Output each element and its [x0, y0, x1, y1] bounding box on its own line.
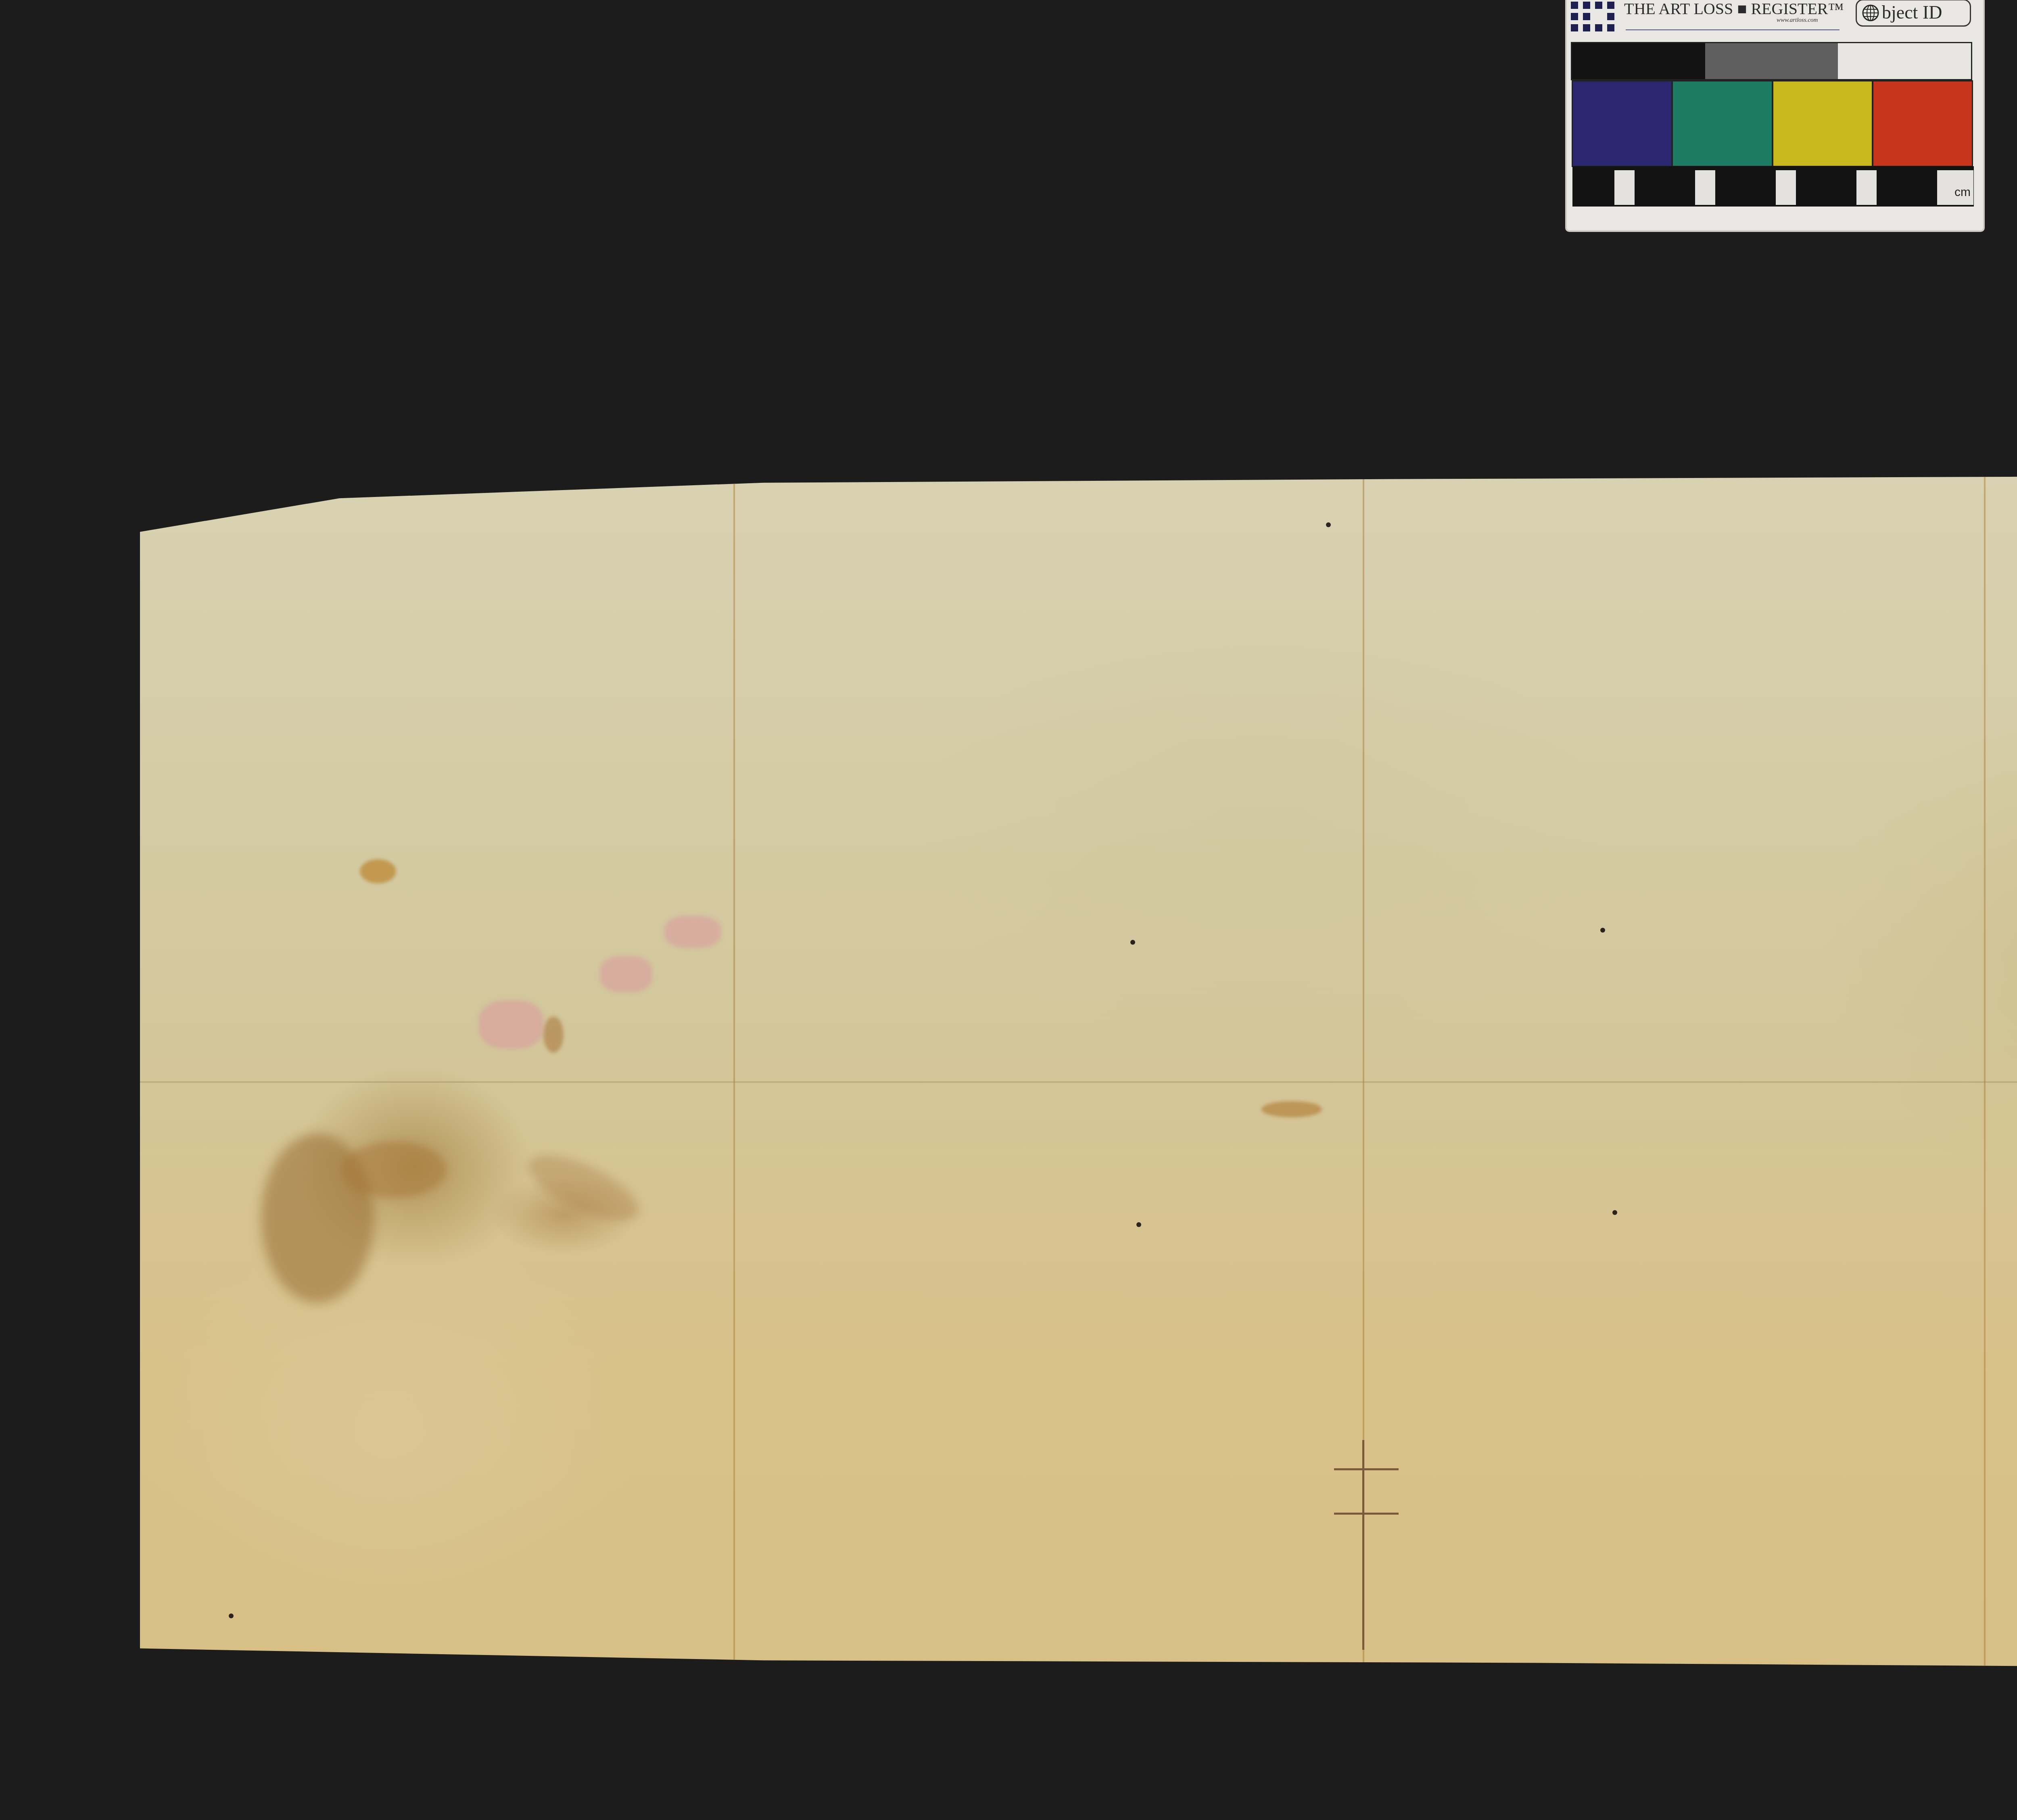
cross-mark: [1334, 1468, 1399, 1470]
fold-line: [1984, 472, 1986, 1670]
ink-dot: [1130, 940, 1135, 945]
object-id-badge: bject ID: [1856, 0, 1971, 27]
ink-dot: [1612, 1210, 1617, 1215]
brown-spot: [360, 859, 396, 883]
cross-mark: [1362, 1440, 1364, 1650]
card-url: www.artloss.com: [1777, 17, 1818, 24]
card-brand: THE ART LOSS ■ REGISTER™: [1624, 0, 1844, 18]
card-divider: [1626, 29, 1840, 30]
cross-mark: [1334, 1513, 1399, 1515]
ink-dot: [1326, 522, 1331, 527]
red-patch: [1873, 81, 1972, 166]
white-patch: [1838, 43, 1971, 79]
pink-mark: [600, 956, 652, 992]
grayscale-patches: [1571, 42, 1972, 80]
ink-dot: [1600, 928, 1605, 933]
ink-dot: [229, 1613, 234, 1618]
ink-dot: [1136, 1222, 1141, 1227]
black-patch: [1572, 43, 1705, 79]
calibration-card: THE ART LOSS ■ REGISTER™ www.artloss.com…: [1565, 0, 1985, 232]
brown-spot: [543, 1016, 564, 1053]
brown-spot: [1261, 1101, 1322, 1117]
art-loss-register-logo: [1571, 2, 1616, 34]
water-stain: [520, 1142, 648, 1234]
fold-line: [733, 472, 735, 1670]
blue-patch: [1573, 81, 1671, 166]
globe-icon: [1862, 4, 1879, 22]
parchment-document: [140, 472, 2017, 1670]
scale-unit-label: cm: [1954, 186, 1971, 199]
color-patches: [1572, 80, 1973, 167]
fold-line: [140, 1081, 2017, 1083]
object-id-label: bject ID: [1882, 2, 1942, 23]
yellow-patch: [1773, 81, 1872, 166]
pink-mark: [479, 1000, 543, 1049]
centimeter-scale: cm: [1572, 166, 1974, 207]
water-stain: [342, 1142, 447, 1198]
pink-mark: [664, 916, 721, 948]
gray-patch: [1705, 43, 1838, 79]
green-patch: [1673, 81, 1771, 166]
